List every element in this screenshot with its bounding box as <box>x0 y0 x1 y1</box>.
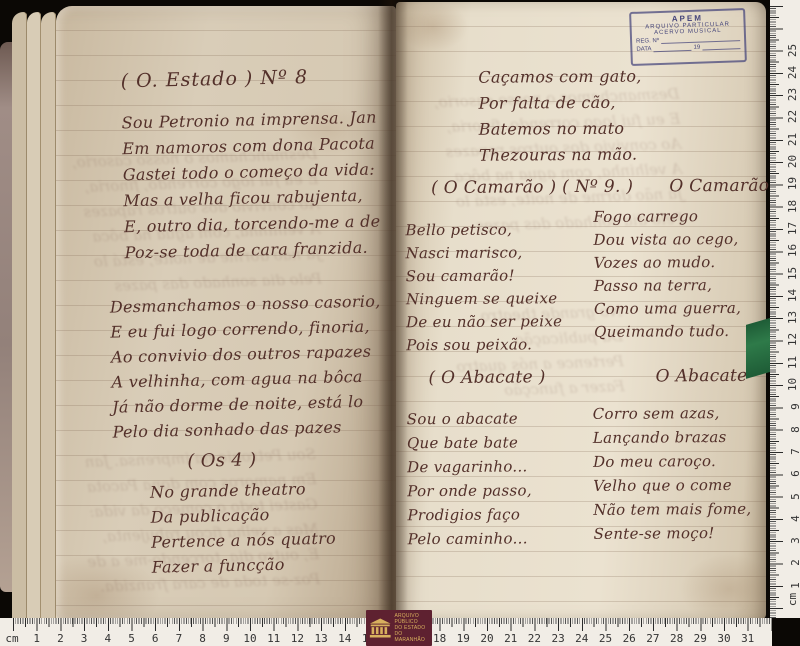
page-edge <box>12 12 27 620</box>
poem-stanza: No grande theatroDa publicaçãoPertence a… <box>150 476 337 580</box>
text-line: Lançando brazas <box>593 425 751 450</box>
ruler-label: 19 <box>786 177 799 190</box>
text-line: Pelo caminho... <box>408 526 533 551</box>
text-line: Por onde passo, <box>407 478 532 503</box>
ruler-label: 11 <box>786 356 799 369</box>
stamp-blank-line <box>702 43 740 50</box>
text-line: Fogo carrego <box>593 205 740 229</box>
poem-title-estado: ( O. Estado ) Nº 8 <box>120 64 308 94</box>
stamp-reg-label: REG. Nº <box>636 38 659 45</box>
text-line: De vagarinho... <box>407 454 532 479</box>
text-line: DO MARANHÃO <box>394 631 429 643</box>
ruler-label: 5 <box>128 632 135 645</box>
poem-stanza: Desmanchamos o nosso casorio,E eu fui lo… <box>110 288 384 444</box>
ruler-label: 8 <box>199 632 206 645</box>
text-line: Poz-se toda de cara franzida. <box>124 234 381 266</box>
poem-stanza: Sou o abacateQue bate bateDe vagarinho..… <box>407 406 533 551</box>
text-line: Não tem mais fome, <box>593 497 751 522</box>
stamp-date-row: DATA 19 <box>636 43 740 53</box>
ruler-label: cm <box>5 632 18 645</box>
ruler-label: 11 <box>267 632 280 645</box>
text-line: Passo na terra, <box>594 274 741 298</box>
text-line: Por falta de cão, <box>478 90 641 117</box>
ruler-label: 6 <box>789 470 800 477</box>
camarao-heading-left: ( O Camarão ) ( Nº 9. ) <box>431 174 633 201</box>
ruler-label: 29 <box>694 632 707 645</box>
text-line: Queimando tudo. <box>594 320 741 344</box>
ruler-label: 25 <box>786 43 799 56</box>
ruler-label: 15 <box>786 266 799 279</box>
text-line: Do meu caroço. <box>593 449 751 474</box>
poem-title-os4: ( Os 4 ) <box>187 447 257 475</box>
left-page-text: ( O. Estado ) Nº 8 Sou Petronio na impre… <box>49 2 403 624</box>
ruler-label: 12 <box>291 632 304 645</box>
stamp-date-label: DATA <box>636 46 651 53</box>
building-icon <box>369 616 391 640</box>
text-line: Corro sem azas, <box>593 401 751 426</box>
ruler-label: 26 <box>623 632 636 645</box>
ruler-label: 1 <box>789 582 800 589</box>
text-line: Dou vista ao cego, <box>593 228 740 252</box>
text-line: Velho que o come <box>593 473 751 498</box>
ruler-label: 18 <box>433 632 446 645</box>
ruler-label: 8 <box>789 426 800 433</box>
stamp-date-century: 19 <box>693 45 700 51</box>
poem-stanza: Bello petisco,Nasci marisco,Sou camarão!… <box>405 218 562 357</box>
ruler-label: 3 <box>81 632 88 645</box>
ruler-label: 18 <box>786 199 799 212</box>
text-line: Pertence a nós quatro <box>151 526 336 555</box>
ruler-label: 9 <box>789 403 800 410</box>
text-line: Thezouras na mão. <box>479 142 642 169</box>
ruler-label: 7 <box>789 448 800 455</box>
page-edge <box>27 12 42 620</box>
text-line: Como uma guerra, <box>594 297 741 321</box>
ruler-label: 25 <box>599 632 612 645</box>
ruler-label: 10 <box>243 632 256 645</box>
ruler-label: 4 <box>104 632 111 645</box>
text-line: Que bate bate <box>407 430 532 455</box>
abacate-heading-right: O Abacate <box>656 363 748 390</box>
ruler-label: 31 <box>741 632 754 645</box>
archive-stamp: APEM ARQUIVO PARTICULAR ACERVO MUSICAL R… <box>629 8 747 66</box>
ruler-label: 13 <box>314 632 327 645</box>
ruler-label: 24 <box>575 632 588 645</box>
ruler-label: 9 <box>223 632 230 645</box>
text-line: Fazer a funcção <box>151 551 336 580</box>
archive-logo-text: ARQUIVOPÚBLICODO ESTADODO MARANHÃO <box>394 613 429 643</box>
ruler-label: 13 <box>786 311 799 324</box>
archive-logo-plaque: ARQUIVOPÚBLICODO ESTADODO MARANHÃO <box>366 610 432 646</box>
poem-title-camarao: ( O Camarão ) ( Nº 9. ) O Camarão <box>431 173 769 201</box>
text-line: Pelo dia sonhado das pazes <box>112 413 383 444</box>
ruler-label: 3 <box>789 537 800 544</box>
text-line: Pois sou peixão. <box>406 333 562 357</box>
ruler-label: 17 <box>786 222 799 235</box>
ruler-label: 6 <box>152 632 159 645</box>
ruler-label: 1 <box>33 632 40 645</box>
ruler-label: 22 <box>528 632 541 645</box>
ruler-label: 14 <box>786 289 799 302</box>
text-line: Batemos no mato <box>479 116 642 143</box>
text-line: Nasci marisco, <box>406 241 562 265</box>
text-line: Prodigios faço <box>407 502 532 527</box>
ruler-label: 14 <box>338 632 351 645</box>
ruler-label: 19 <box>457 632 470 645</box>
abacate-heading-left: ( O Abacate ) <box>428 364 545 391</box>
text-line: Sente-se moço! <box>593 521 751 546</box>
ruler-label: 10 <box>786 378 799 391</box>
text-line: Caçamos com gato, <box>478 64 641 91</box>
poem-stanza: Fogo carregoDou vista ao cego,Vozes ao m… <box>593 205 741 344</box>
text-line: Ninguem se queixe <box>406 287 562 311</box>
ruler-label: 28 <box>670 632 683 645</box>
text-line: Bello petisco, <box>405 218 561 242</box>
ruler-label: 21 <box>786 133 799 146</box>
ruler-label: 20 <box>786 155 799 168</box>
ruler-label: 12 <box>786 333 799 346</box>
ruler-label: 24 <box>786 66 799 79</box>
ruler-label: 2 <box>57 632 64 645</box>
ruler-label: 21 <box>504 632 517 645</box>
text-line: De eu não ser peixe <box>406 310 562 334</box>
right-page-text: Caçamos com gato,Por falta de cão,Batemo… <box>394 1 768 622</box>
vertical-ruler: cm12345678910111213141516171819202122232… <box>770 0 800 618</box>
ruler-label: 20 <box>480 632 493 645</box>
ruler-label: 27 <box>646 632 659 645</box>
ruler-label: 16 <box>786 244 799 257</box>
left-page: Desmanchamos o nosso casorio,E eu fui lo… <box>56 6 396 620</box>
poem-stanza: Sou Petronio na imprensa. JanEm namoros … <box>121 105 381 267</box>
text-line: Vozes ao mudo. <box>594 251 741 275</box>
text-line: Sou camarão! <box>406 264 562 288</box>
text-line: Sou o abacate <box>407 406 532 431</box>
ruler-label: 30 <box>717 632 730 645</box>
stamp-blank-line <box>653 45 691 52</box>
ruler-label: 23 <box>551 632 564 645</box>
ruler-label: 7 <box>176 632 183 645</box>
ruler-label: 23 <box>786 88 799 101</box>
poem-stanza: Caçamos com gato,Por falta de cão,Batemo… <box>478 64 642 169</box>
ruler-label: 2 <box>789 560 800 567</box>
ruler-label: 5 <box>789 493 800 500</box>
poem-title-abacate: ( O Abacate ) O Abacate <box>428 363 747 391</box>
archival-photo-frame: Desmanchamos o nosso casorio,E eu fui lo… <box>0 0 800 646</box>
ruler-label: 22 <box>786 110 799 123</box>
camarao-heading-right: O Camarão <box>669 173 769 200</box>
ruler-label: cm <box>786 593 799 606</box>
right-page: Desmanchamos o nosso casorio,E eu fui lo… <box>396 2 766 620</box>
poem-stanza: Corro sem azas,Lançando brazasDo meu car… <box>593 401 752 546</box>
ruler-label: 4 <box>789 515 800 522</box>
